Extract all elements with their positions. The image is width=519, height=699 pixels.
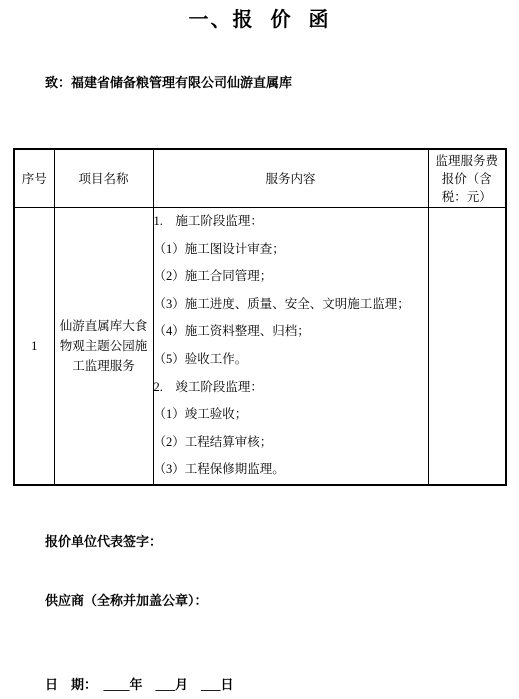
quotation-letter-page: 一、报 价 函 致：福建省储备粮管理有限公司仙游直属库 序号 项目名称 服务内容… [0,0,519,699]
col-header-fee-quote: 监理服务费 报价（含 税：元） [428,149,506,208]
service-line: （3）施工进度、质量、安全、文明施工监理； [154,291,428,319]
table-header-row: 序号 项目名称 服务内容 监理服务费 报价（含 税：元） [14,149,506,208]
col-header-serial-no: 序号 [14,149,54,208]
page-title: 一、报 价 函 [0,3,519,32]
col-header-project-name: 项目名称 [54,149,153,208]
service-line: （2）施工合同管理； [154,263,428,291]
project-name-cell: 仙游直属库大食物观主题公园施工监理服务 [54,208,153,486]
signature-label: 报价单位代表签字： [45,531,162,550]
service-line: （1）竣工验收； [154,401,428,429]
col-header-service-content: 服务内容 [153,149,428,208]
table-row: 1 仙游直属库大食物观主题公园施工监理服务 1. 施工阶段监理： （1）施工图设… [14,208,506,486]
service-line: （3）工程保修期监理。 [154,456,428,484]
service-line: （5）验收工作。 [154,346,428,374]
service-line: （4）施工资料整理、归档； [154,318,428,346]
fee-quote-cell [428,208,506,486]
salutation-line: 致：福建省储备粮管理有限公司仙游直属库 [45,72,292,91]
serial-no-cell: 1 [14,208,54,486]
quotation-table: 序号 项目名称 服务内容 监理服务费 报价（含 税：元） 1 仙游直属库大食物观… [13,148,507,486]
service-line: 1. 施工阶段监理： [154,208,428,236]
service-line: （2）工程结算审核； [154,429,428,457]
service-content-cell: 1. 施工阶段监理： （1）施工图设计审查； （2）施工合同管理； （3）施工进… [153,208,428,486]
date-label: 日 期： ____年 ___月 ___日 [45,674,234,693]
service-line: （1）施工图设计审查； [154,236,428,264]
service-line: 2. 竣工阶段监理： [154,374,428,402]
supplier-label: 供应商（全称并加盖公章）： [45,590,208,609]
